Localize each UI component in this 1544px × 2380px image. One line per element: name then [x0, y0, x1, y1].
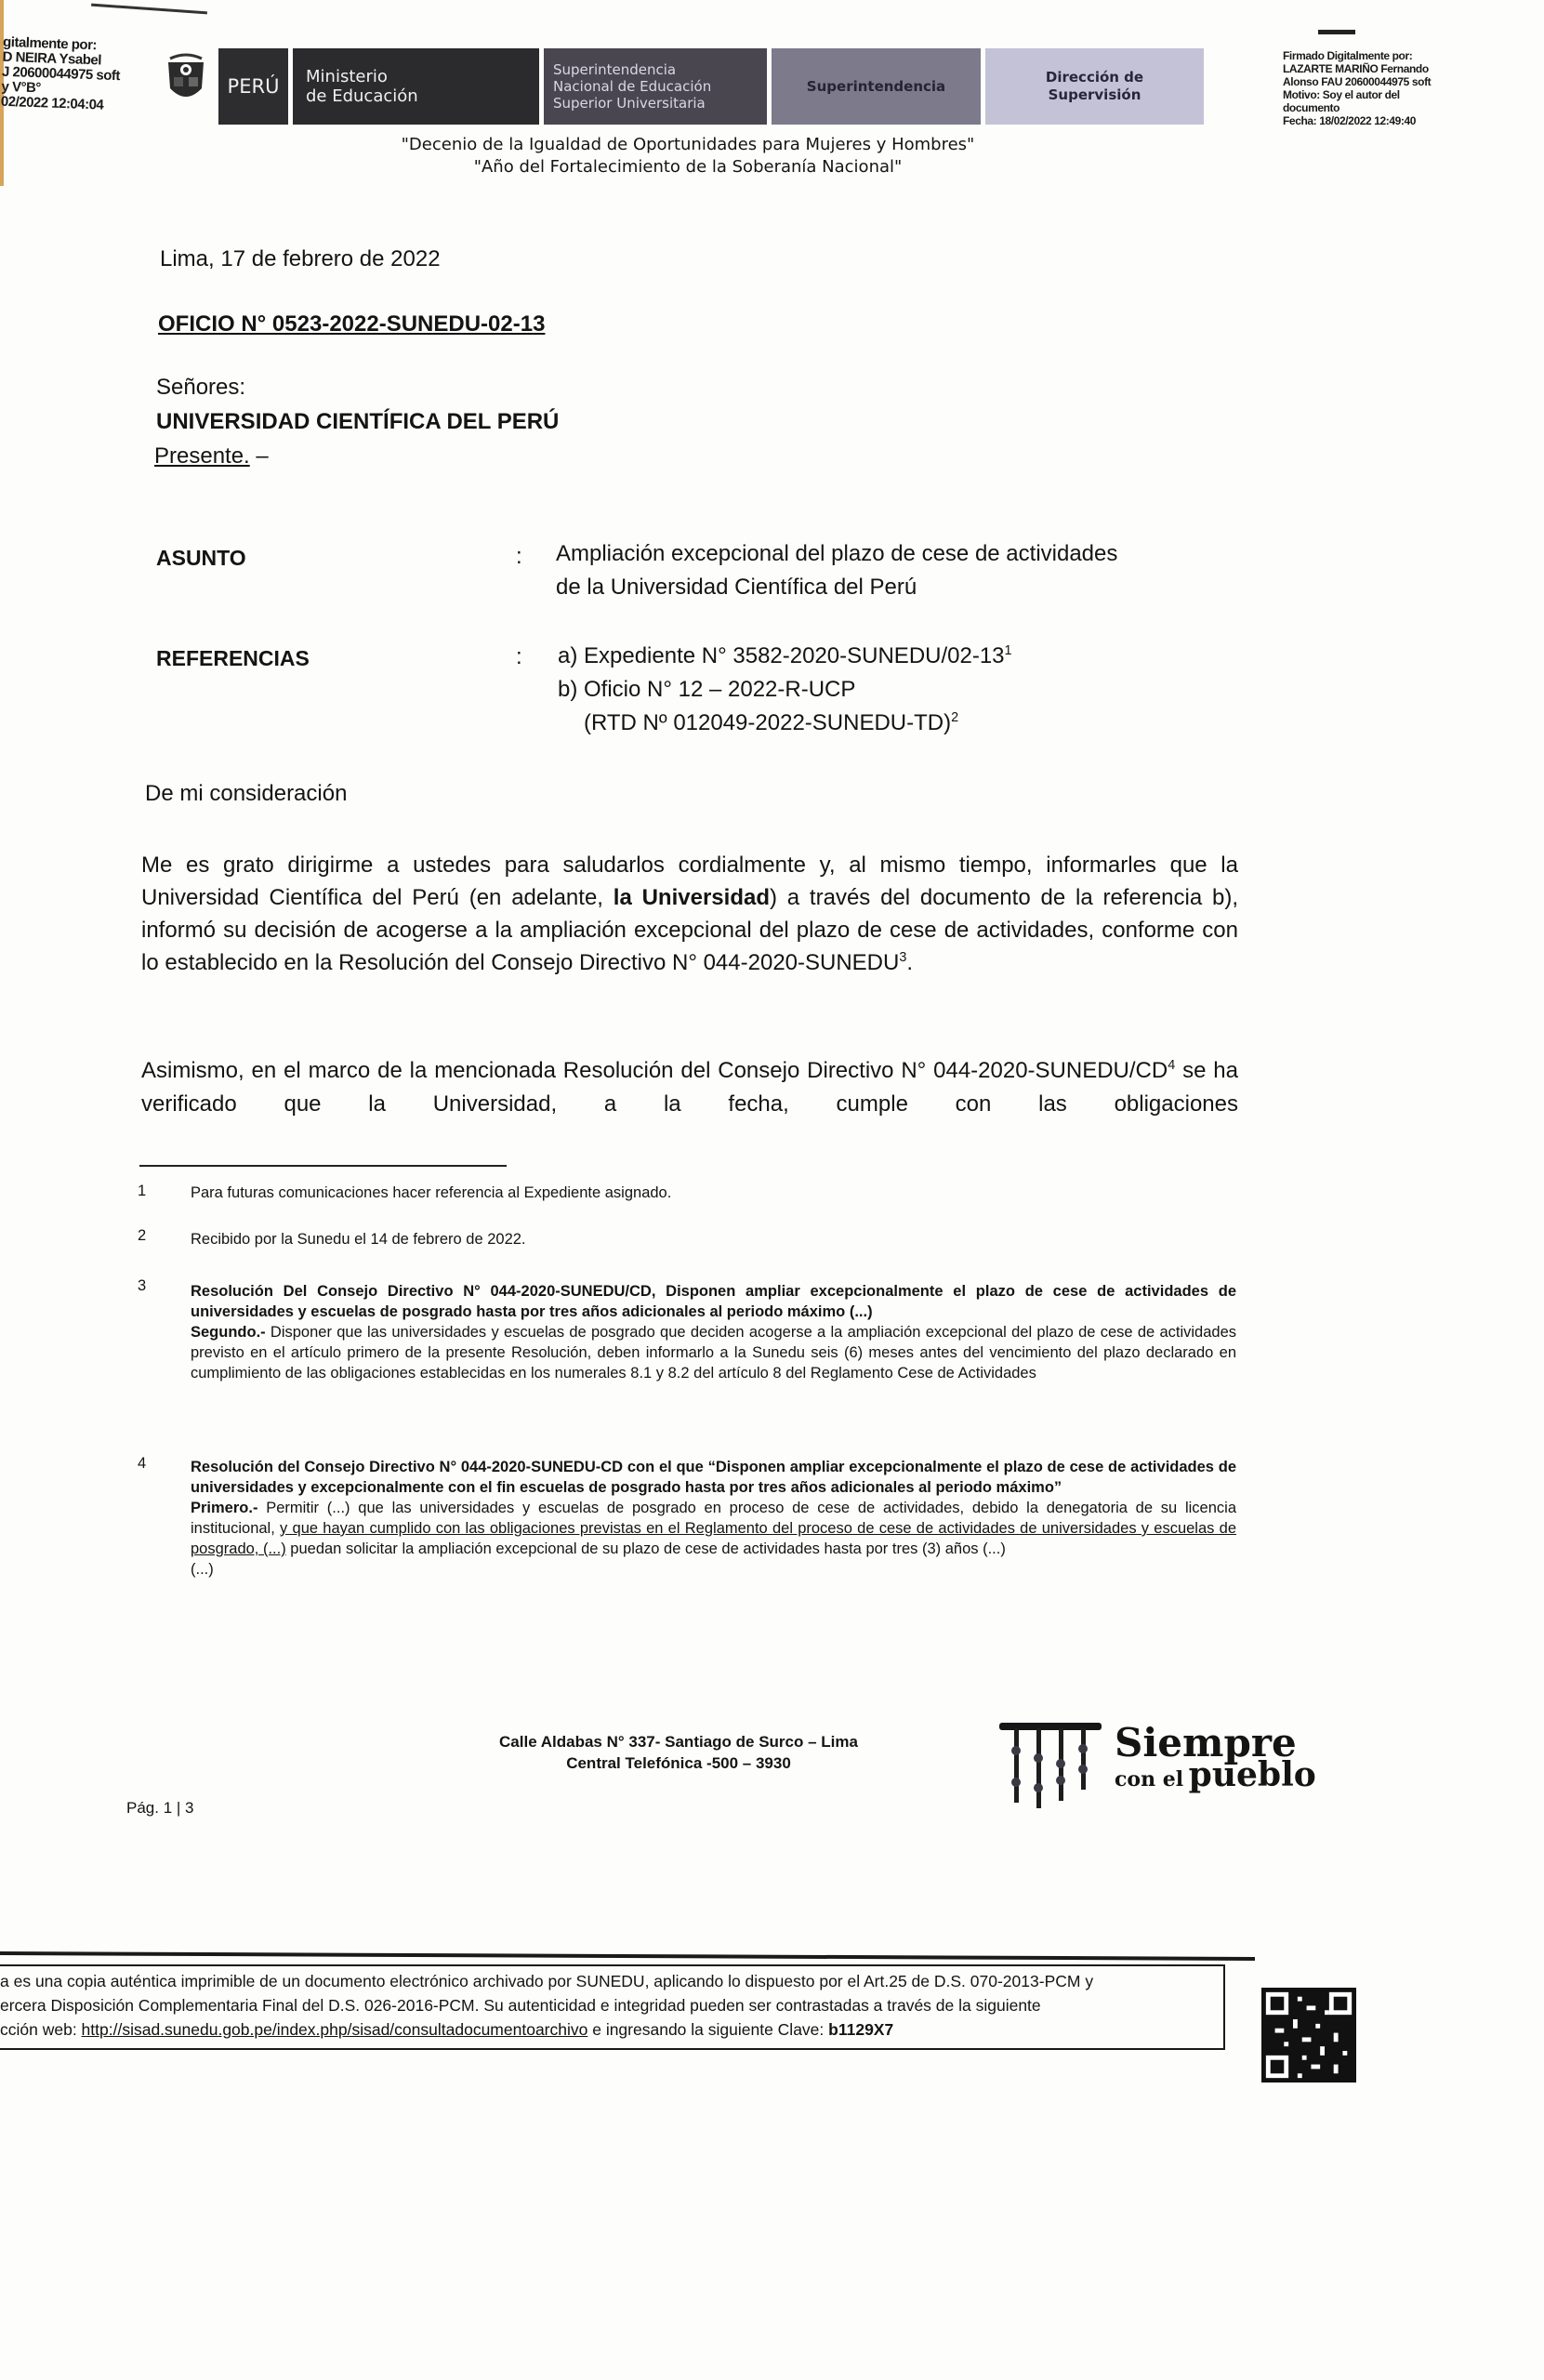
footnote-4: Resolución del Consejo Directivo N° 044-… [191, 1457, 1236, 1580]
footnote-number: 4 [138, 1453, 146, 1474]
header-agency-line: Superior Universitaria [553, 95, 711, 112]
notice-line: a es una copia auténtica imprimible de u… [0, 1969, 1213, 1993]
verification-key: b1129X7 [828, 2020, 893, 2039]
signature-line: Firmado Digitalmente por: [1283, 49, 1431, 62]
signature-line: documento [1283, 101, 1431, 114]
footnote-number: 1 [138, 1181, 146, 1201]
header-mottos: "Decenio de la Igualdad de Oportunidades… [353, 134, 1023, 178]
header-direction-line: Dirección de [1046, 69, 1143, 86]
reference-text: a) Expediente N° 3582-2020-SUNEDU/02-13 [558, 643, 1005, 668]
presente-suffix: – [250, 443, 269, 469]
footnote-number: 3 [138, 1276, 146, 1296]
recipient: UNIVERSIDAD CIENTÍFICA DEL PERÚ [156, 409, 559, 435]
subject-line: de la Universidad Científica del Perú [556, 571, 1117, 604]
footnote-2: Recibido por la Sunedu el 14 de febrero … [191, 1229, 1236, 1249]
paragraph-2: Asimismo, en el marco de la mencionada R… [141, 1054, 1238, 1121]
slogan-word: pueblo [1189, 1755, 1316, 1794]
slogan-text: Siempre con el pueblo [1115, 1727, 1316, 1797]
header-agency-line: Superintendencia [553, 61, 711, 78]
header-country: PERÚ [228, 75, 280, 98]
paragraph-text: . [906, 950, 913, 975]
salutation-to: Señores: [156, 375, 245, 401]
signature-mark [1318, 30, 1355, 34]
header-agency-line: Nacional de Educación [553, 78, 711, 95]
signature-line: Motivo: Soy el autor del [1283, 88, 1431, 101]
header-office: Superintendencia [807, 78, 945, 95]
reference-text: (RTD Nº 012049-2022-SUNEDU-TD) [584, 710, 951, 735]
reference-item: (RTD Nº 012049-2022-SUNEDU-TD)2 [558, 707, 1012, 740]
footnote-number: 2 [138, 1225, 146, 1246]
notice-line: cción web: http://sisad.sunedu.gob.pe/in… [0, 2017, 1213, 2042]
reference-text: b) Oficio N° 12 – 2022-R-UCP [558, 677, 855, 702]
letter-reference-number: OFICIO N° 0523-2022-SUNEDU-02-13 [158, 311, 545, 337]
header-office-block: Superintendencia [772, 48, 981, 125]
letter-date: Lima, 17 de febrero de 2022 [160, 246, 441, 272]
signature-line: Fecha: 18/02/2022 12:49:40 [1283, 114, 1431, 127]
notice-line: ercera Disposición Complementaria Final … [0, 1993, 1213, 2017]
subject-separator: : [516, 544, 522, 570]
references-label: REFERENCIAS [156, 646, 310, 671]
digital-signature-left: gitalmente por: D NEIRA Ysabel J 2060004… [1, 35, 122, 113]
footnote-1: Para futuras comunicaciones hacer refere… [191, 1183, 1236, 1203]
motto-line: "Año del Fortalecimiento de la Soberanía… [353, 156, 1023, 178]
peru-coat-of-arms-icon [163, 51, 209, 107]
notice-text: cción web: [0, 2020, 82, 2039]
paragraph-bold: la Universidad [614, 885, 770, 910]
header-direction-line: Supervisión [1046, 86, 1143, 104]
verification-link[interactable]: http://sisad.sunedu.gob.pe/index.php/sis… [82, 2020, 588, 2039]
digital-signature-right: Firmado Digitalmente por: LAZARTE MARIÑO… [1283, 30, 1431, 127]
footnote-title: Resolución del Consejo Directivo N° 044-… [191, 1457, 1236, 1498]
address-line: Calle Aldabas N° 337- Santiago de Surco … [474, 1731, 883, 1752]
reference-item: b) Oficio N° 12 – 2022-R-UCP [558, 673, 1012, 707]
footnote-marker: 1 [1005, 643, 1012, 658]
header-ministry-line: Ministerio [306, 67, 418, 86]
header-direction-block: Dirección de Supervisión [985, 48, 1204, 125]
footnote-ellipsis: (...) [191, 1559, 1236, 1580]
paragraph-text: Asimismo, en el marco de la mencionada R… [141, 1058, 1168, 1083]
authenticity-notice: a es una copia auténtica imprimible de u… [0, 1969, 1213, 2042]
phone-line: Central Telefónica -500 – 3930 [474, 1752, 883, 1774]
footnote-article-label: Segundo.- [191, 1324, 266, 1341]
notice-text: e ingresando la siguiente Clave: [587, 2020, 828, 2039]
notice-top-rule [0, 1951, 1255, 1961]
references-separator: : [516, 644, 522, 670]
footnote-article-label: Primero.- [191, 1500, 257, 1516]
scan-line [91, 4, 207, 15]
slogan-big: Siempre [1115, 1727, 1316, 1759]
signature-line: Alonso FAU 20600044975 soft [1283, 75, 1431, 88]
institution-address: Calle Aldabas N° 337- Santiago de Surco … [474, 1731, 883, 1774]
footnote-title: Resolución Del Consejo Directivo N° 044-… [191, 1281, 1236, 1322]
references-list: a) Expediente N° 3582-2020-SUNEDU/02-131… [558, 640, 1012, 740]
subject-line: Ampliación excepcional del plazo de cese… [556, 537, 1117, 571]
motto-line: "Decenio de la Igualdad de Oportunidades… [353, 134, 1023, 156]
subject-label: ASUNTO [156, 546, 246, 571]
greeting: De mi consideración [145, 781, 347, 807]
footnote-separator [139, 1165, 507, 1167]
header-ministry-block: Ministerio de Educación [293, 48, 539, 125]
quipu-logo-icon [999, 1715, 1102, 1808]
paragraph-1: Me es grato dirigirme a ustedes para sal… [141, 849, 1238, 979]
reference-item: a) Expediente N° 3582-2020-SUNEDU/02-131 [558, 640, 1012, 673]
header-agency-block: Superintendencia Nacional de Educación S… [544, 48, 767, 125]
slogan-small: con el [1115, 1767, 1183, 1792]
qr-code-icon [1261, 1988, 1356, 2082]
signature-line: LAZARTE MARIÑO Fernando [1283, 62, 1431, 75]
footnote-3: Resolución Del Consejo Directivo N° 044-… [191, 1281, 1236, 1383]
header-ministry-line: de Educación [306, 86, 418, 106]
page-number: Pág. 1 | 3 [126, 1799, 193, 1818]
footnote-marker: 2 [951, 710, 958, 725]
header-country-block: PERÚ [218, 48, 288, 125]
footnote-article-text: puedan solicitar la ampliación excepcion… [286, 1540, 1006, 1557]
presente-word: Presente. [154, 443, 250, 469]
subject-value: Ampliación excepcional del plazo de cese… [556, 537, 1117, 604]
footnote-article-text: Disponer que las universidades y escuela… [191, 1324, 1236, 1382]
slogan-logo: Siempre con el pueblo [999, 1715, 1316, 1808]
presente: Presente. – [154, 443, 269, 469]
